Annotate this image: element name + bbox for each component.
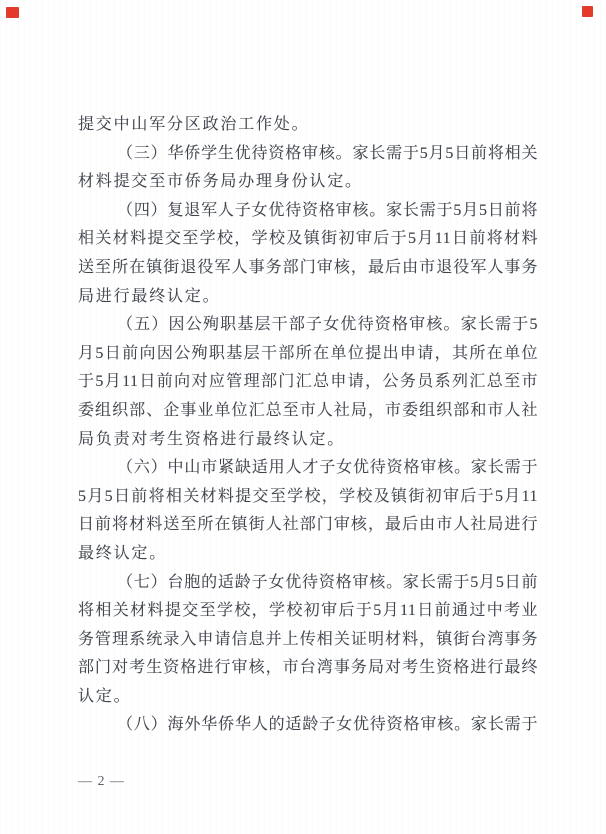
document-line: 于5月11日前向对应管理部门汇总申请，公务员系列汇总至市 bbox=[78, 368, 538, 397]
document-line: （五）因公殉职基层干部子女优待资格审核。家长需于5 bbox=[78, 311, 538, 340]
document-page: 提交中山军分区政治工作处。（三）华侨学生优待资格审核。家长需于5月5日前将相关材… bbox=[0, 0, 606, 834]
document-body: 提交中山军分区政治工作处。（三）华侨学生优待资格审核。家长需于5月5日前将相关材… bbox=[78, 111, 538, 740]
document-line: （七）台胞的适龄子女优待资格审核。家长需于5月5日前 bbox=[78, 569, 538, 598]
document-line: 相关材料提交至学校，学校及镇街初审后于5月11日前将材料 bbox=[78, 225, 538, 254]
document-line: 月5日前向因公殉职基层干部所在单位提出申请，其所在单位 bbox=[78, 340, 538, 369]
document-line: 最终认定。 bbox=[78, 540, 538, 569]
document-line: 材料提交至市侨务局办理身份认定。 bbox=[78, 168, 538, 197]
document-line: （四）复退军人子女优待资格审核。家长需于5月5日前将 bbox=[78, 197, 538, 226]
document-line: 认定。 bbox=[78, 683, 538, 712]
document-line: 5月5日前将相关材料提交至学校，学校及镇街初审后于5月11 bbox=[78, 483, 538, 512]
document-line: 部门对考生资格进行审核，市台湾事务局对考生资格进行最终 bbox=[78, 654, 538, 683]
document-line: （六）中山市紧缺适用人才子女优待资格审核。家长需于 bbox=[78, 454, 538, 483]
document-line: 提交中山军分区政治工作处。 bbox=[78, 111, 538, 140]
document-line: 将相关材料提交至学校，学校初审后于5月11日前通过中考业 bbox=[78, 597, 538, 626]
document-line: （三）华侨学生优待资格审核。家长需于5月5日前将相关 bbox=[78, 140, 538, 169]
red-scan-mark-top-left-icon bbox=[6, 7, 19, 18]
document-line: （八）海外华侨华人的适龄子女优待资格审核。家长需于 bbox=[78, 711, 538, 740]
document-line: 送至所在镇街退役军人事务部门审核，最后由市退役军人事务 bbox=[78, 254, 538, 283]
document-line: 务管理系统录入申请信息并上传相关证明材料，镇街台湾事务 bbox=[78, 626, 538, 655]
document-line: 局负责对考生资格进行最终认定。 bbox=[78, 426, 538, 455]
document-line: 局进行最终认定。 bbox=[78, 283, 538, 312]
red-scan-mark-top-right-icon bbox=[582, 6, 593, 17]
document-line: 日前将材料送至所在镇街人社部门审核，最后由市人社局进行 bbox=[78, 511, 538, 540]
document-line: 委组织部、企事业单位汇总至市人社局，市委组织部和市人社 bbox=[78, 397, 538, 426]
page-number: — 2 — bbox=[78, 774, 125, 790]
